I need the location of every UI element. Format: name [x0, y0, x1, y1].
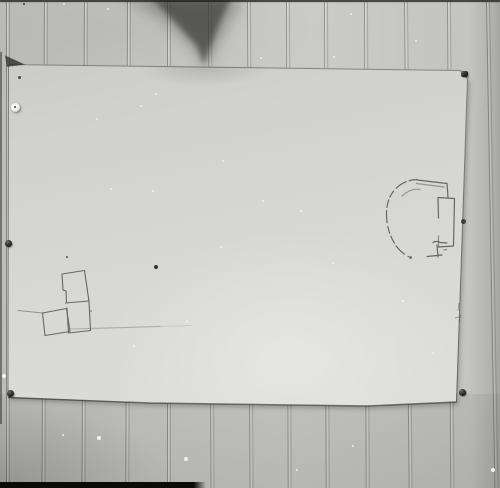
photograph [0, 0, 500, 488]
tack-dark-bottom-right [459, 389, 466, 396]
tack-white [11, 103, 20, 112]
tack-dark-left-middle [5, 240, 12, 247]
print-border-bottom-band [0, 482, 206, 488]
paper-sheet [0, 0, 500, 488]
tack-dark-bottom-left [7, 390, 14, 397]
tack-dot-right-middle [461, 219, 466, 224]
tack-square-top-right [461, 71, 468, 77]
print-border-left [0, 52, 2, 424]
print-border-top [0, 0, 500, 2]
pinhole-mark [18, 76, 21, 79]
paper-sheet-wrap [0, 0, 500, 488]
